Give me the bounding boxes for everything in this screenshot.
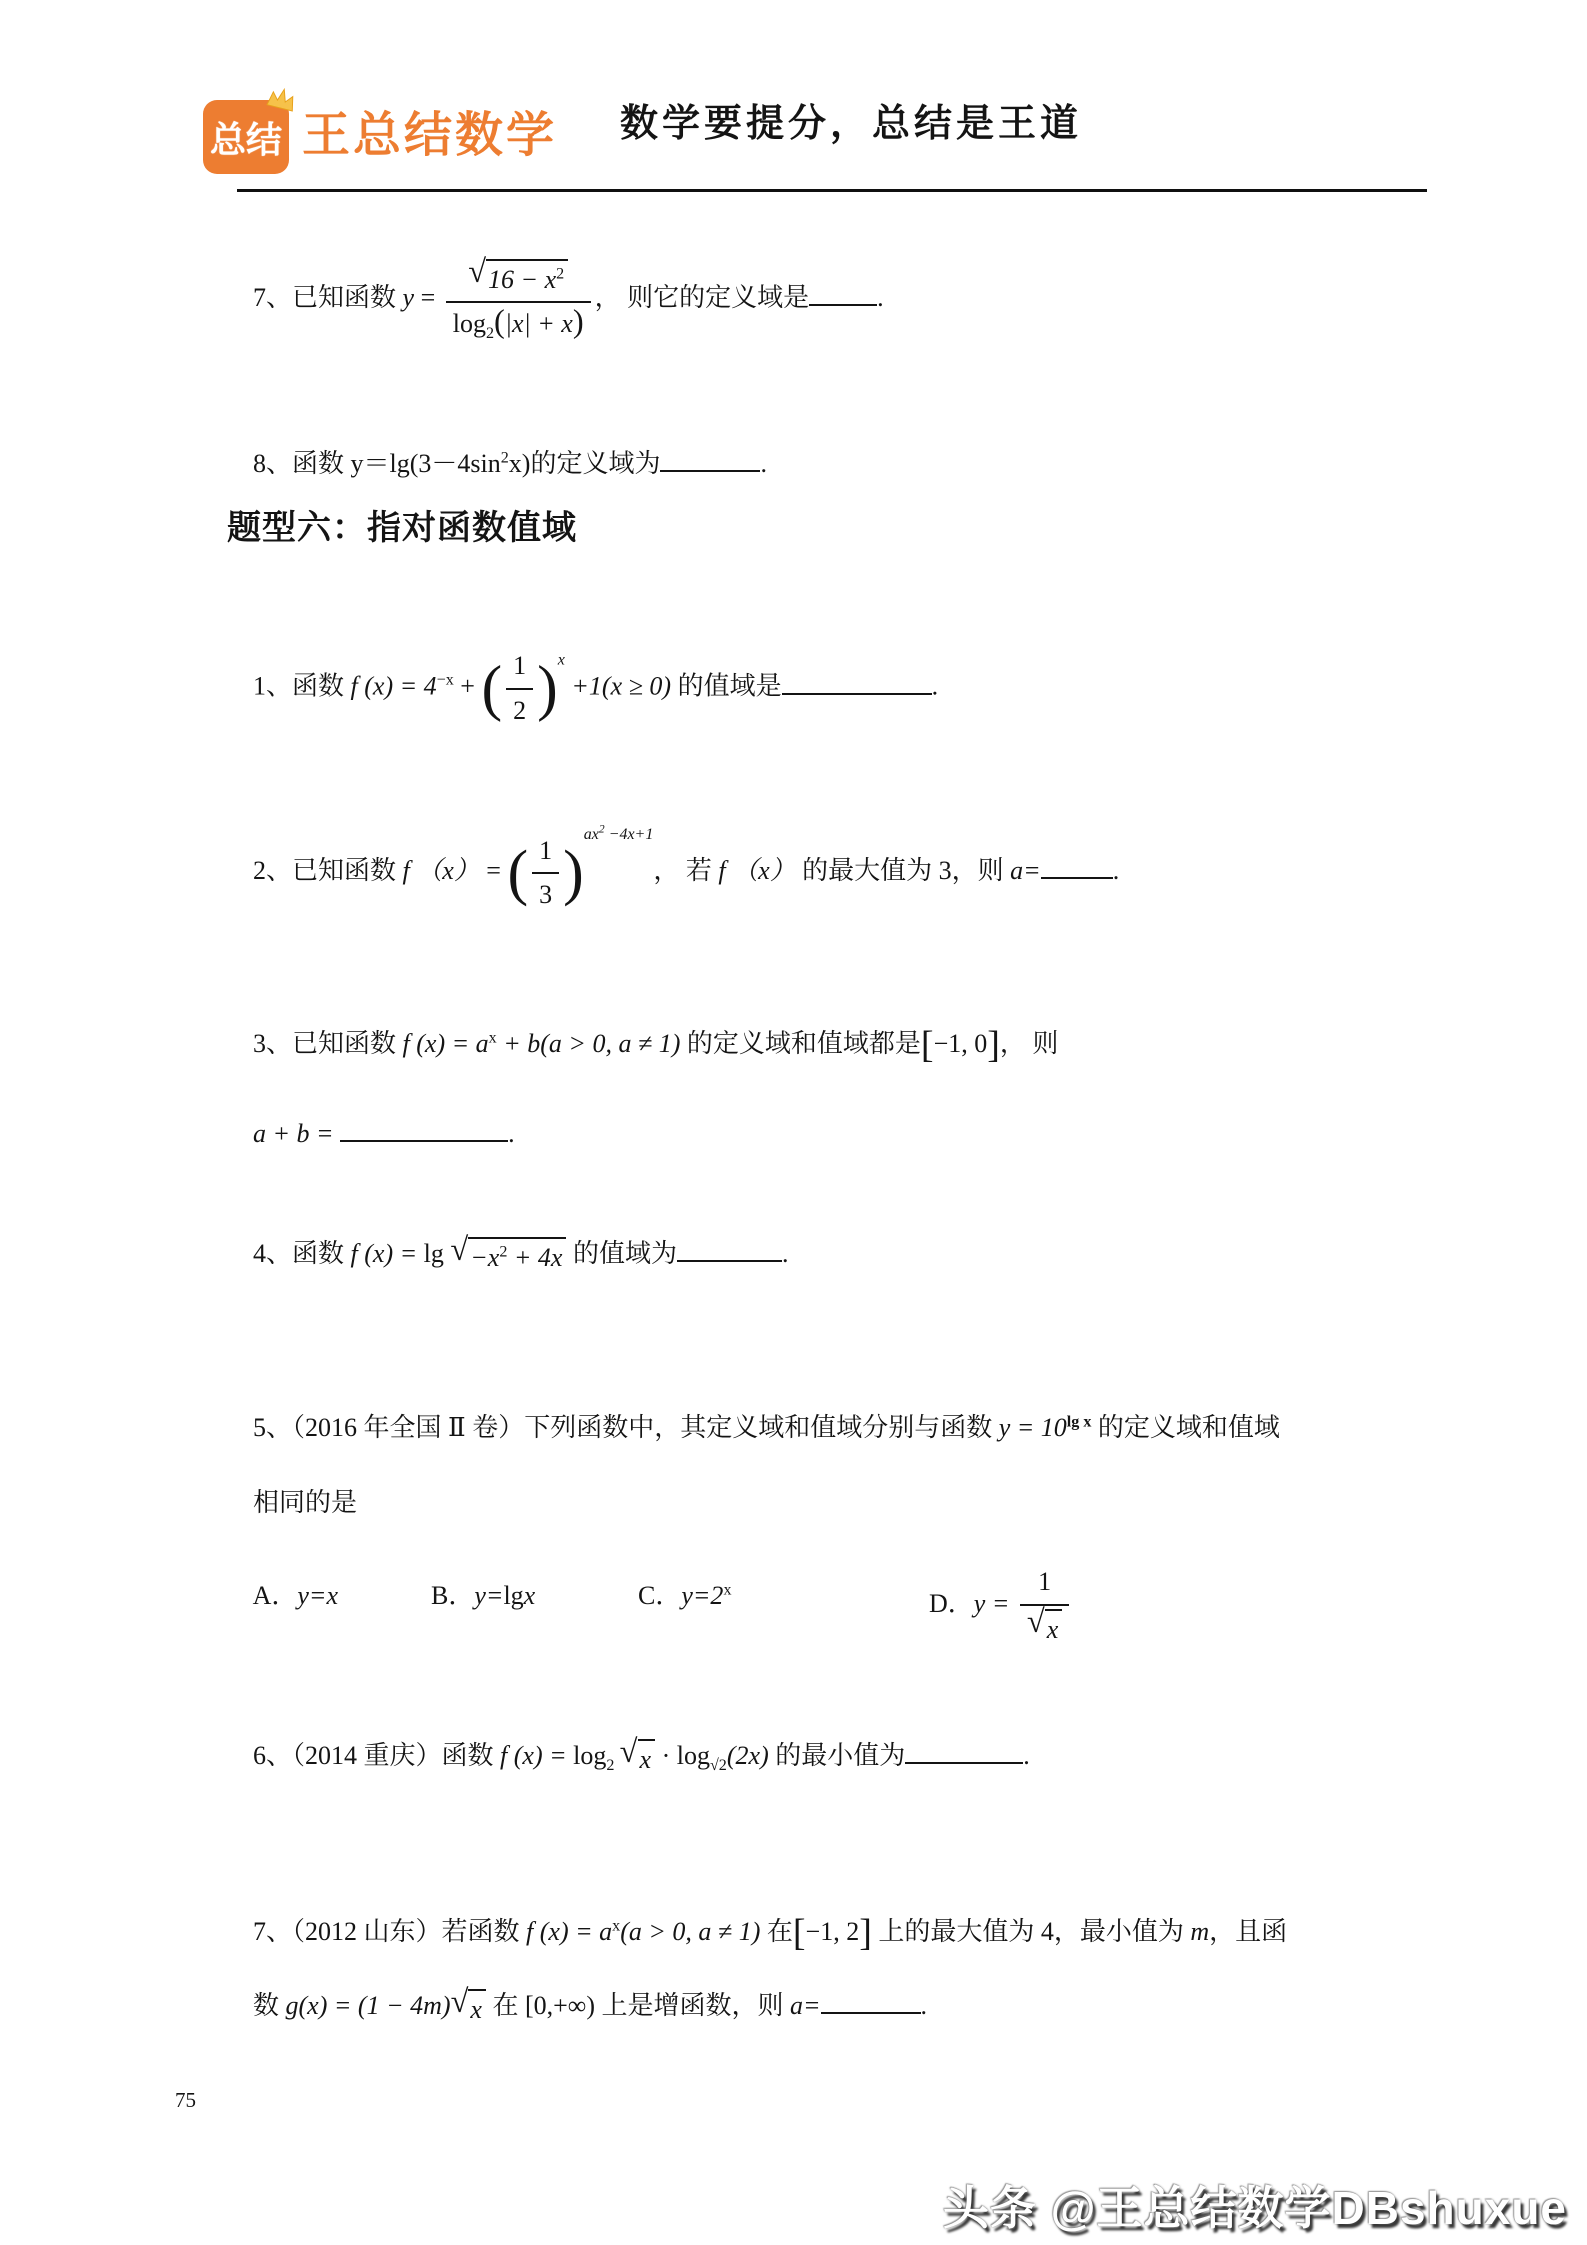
right-paren: ) bbox=[563, 839, 584, 907]
answer-blank bbox=[677, 1234, 782, 1262]
text-fragment: 在 bbox=[486, 1991, 525, 2020]
problem-label: 4、 bbox=[253, 1239, 292, 1268]
text-fragment: 的最大值为 3，则 bbox=[802, 856, 1010, 885]
text-fragment: 函数 bbox=[292, 672, 351, 701]
text-fragment: （2014 重庆）函数 bbox=[292, 1741, 500, 1770]
text-fragment: 函数 bbox=[292, 1239, 351, 1268]
math-fragment: [0,+∞) bbox=[525, 1991, 595, 2020]
sqrt-radical: √16 − x2 bbox=[468, 259, 568, 298]
fraction-numerator: 1 bbox=[506, 648, 533, 689]
text-fragment: ， 则 bbox=[1000, 1029, 1059, 1058]
math-fragment: f (x) = bbox=[351, 1239, 424, 1268]
problem-label: 5、 bbox=[253, 1413, 292, 1442]
math-fragment: y=2 bbox=[681, 1581, 723, 1610]
math-fragment: 16 − x bbox=[488, 265, 556, 294]
math-fragment: a + b = bbox=[253, 1119, 340, 1148]
text-fragment: 的值域是 bbox=[678, 672, 782, 701]
math-fragment: f (x) = a bbox=[403, 1029, 489, 1058]
math-fragment: lg bbox=[503, 1581, 523, 1610]
left-paren: ( bbox=[507, 839, 528, 907]
fraction-numerator: √16 − x2 bbox=[446, 258, 591, 303]
problem-label: 6、 bbox=[253, 1741, 292, 1770]
problem-label: 1、 bbox=[253, 672, 292, 701]
math-fragment: g(x) = (1 − 4m) bbox=[286, 1991, 451, 2020]
brand-name: 王总结数学 bbox=[302, 96, 557, 165]
math-fragment: log bbox=[453, 309, 486, 338]
problem-label: 7、 bbox=[253, 1917, 292, 1946]
subscript: 2 bbox=[486, 325, 494, 342]
exponent: 2 bbox=[556, 265, 564, 282]
math-fragment: f (x) = bbox=[500, 1741, 573, 1770]
page-number: 75 bbox=[175, 2088, 196, 2113]
problem-2-max-value: 2、已知函数 f （x） = (13)ax2 −4x+1， 若 f （x） 的最… bbox=[227, 788, 1119, 950]
math-fragment: −1, 2 bbox=[806, 1917, 860, 1946]
fraction-denominator: log2(|x| + x) bbox=[446, 303, 591, 342]
text-fragment: x)的定义域为 bbox=[509, 449, 661, 478]
fraction: √16 − x2log2(|x| + x) bbox=[446, 258, 591, 342]
problem-1-range: 1、函数 f (x) = 4−x + (12)x +1(x ≥ 0) 的值域是. bbox=[227, 612, 938, 766]
answer-blank bbox=[340, 1114, 508, 1142]
text-fragment: . bbox=[932, 672, 939, 701]
math-fragment: x bbox=[524, 1581, 536, 1610]
answer-blank bbox=[1041, 851, 1113, 879]
fraction: 12 bbox=[506, 648, 533, 729]
text-fragment: . bbox=[877, 283, 884, 312]
text-fragment: 8、函数 y＝lg(3－4sin bbox=[253, 449, 501, 478]
option-a: A．y=x bbox=[228, 1542, 338, 1651]
exponent: 2 bbox=[501, 450, 509, 467]
problem-3-line2: a + b = . bbox=[227, 1078, 515, 1189]
sqrt-body: 16 − x2 bbox=[486, 259, 568, 298]
math-fragment: +1(x ≥ 0) bbox=[565, 672, 678, 701]
option-label: D． bbox=[929, 1589, 974, 1618]
worksheet-page: 总结 王总结数学 数学要提分，总结是王道 7、已知函数 y = √16 − x2… bbox=[0, 0, 1587, 2245]
math-fragment: f (x) = 4 bbox=[351, 672, 437, 701]
fraction: 1√x bbox=[1020, 1564, 1069, 1648]
sqrt-sign: √ bbox=[620, 1736, 638, 1769]
answer-blank bbox=[905, 1736, 1023, 1764]
math-fragment: −4x+1 bbox=[605, 826, 654, 843]
math-fragment: y bbox=[403, 283, 415, 312]
exponent: x bbox=[723, 1582, 731, 1599]
fraction: 13 bbox=[532, 833, 559, 914]
math-fragment: |x| bbox=[505, 309, 531, 338]
sqrt-sign: √ bbox=[451, 1986, 469, 2019]
fraction-denominator: 3 bbox=[532, 874, 559, 913]
text-fragment: . bbox=[921, 1991, 928, 2020]
sqrt-body: −x2 + 4x bbox=[468, 1237, 566, 1276]
text-fragment: . bbox=[1023, 1741, 1030, 1770]
fraction-numerator: 1 bbox=[1020, 1564, 1069, 1605]
right-paren: ) bbox=[573, 304, 584, 340]
text-fragment: 上的最大值为 4，最小值为 bbox=[872, 1917, 1191, 1946]
math-fragment: = bbox=[414, 283, 442, 312]
math-fragment: a= bbox=[1010, 856, 1041, 885]
problem-7b-line2: 数 g(x) = (1 − 4m)√x 在 [0,+∞) 上是增函数，则 a=. bbox=[227, 1950, 927, 2065]
math-fragment: y= bbox=[474, 1581, 503, 1610]
math-fragment: + 4x bbox=[507, 1243, 562, 1272]
text-fragment: ， 则它的定义域是 bbox=[595, 283, 810, 312]
math-fragment: + x bbox=[531, 309, 573, 338]
problem-7-domain: 7、已知函数 y = √16 − x2log2(|x| + x)， 则它的定义域… bbox=[227, 222, 884, 379]
math-fragment: y = bbox=[974, 1589, 1016, 1618]
left-bracket: [ bbox=[921, 1024, 934, 1066]
math-fragment: log bbox=[677, 1741, 710, 1770]
answer-blank bbox=[821, 1986, 921, 2014]
problem-label: 3、 bbox=[253, 1029, 292, 1058]
math-fragment: (2x) bbox=[727, 1741, 775, 1770]
text-fragment: . bbox=[782, 1239, 789, 1268]
option-d: D．y = 1√x bbox=[903, 1528, 1073, 1685]
answer-blank bbox=[809, 278, 877, 306]
answer-blank bbox=[660, 444, 760, 472]
sqrt-body: x bbox=[468, 1989, 486, 2028]
sqrt-radical: √x bbox=[620, 1739, 655, 1778]
fraction-denominator: 2 bbox=[506, 690, 533, 729]
math-fragment: f （x） bbox=[396, 856, 486, 885]
exponent: x bbox=[558, 652, 565, 669]
math-fragment: + bbox=[454, 672, 482, 701]
brand-tagline: 数学要提分，总结是王道 bbox=[620, 92, 1082, 147]
text-fragment: 在 bbox=[760, 1917, 793, 1946]
math-fragment: = bbox=[486, 856, 507, 885]
right-bracket: ] bbox=[859, 1912, 872, 1954]
math-fragment: lg bbox=[424, 1239, 451, 1268]
text-fragment: 的定义域和值域都是 bbox=[687, 1029, 921, 1058]
left-bracket: [ bbox=[793, 1912, 806, 1954]
sqrt-body: x bbox=[1045, 1609, 1063, 1648]
fraction-denominator: √x bbox=[1020, 1606, 1069, 1649]
math-fragment: m bbox=[1190, 1917, 1209, 1946]
option-label: A． bbox=[253, 1581, 298, 1610]
math-fragment: + b(a > 0, a ≠ 1) bbox=[497, 1029, 687, 1058]
left-paren: ( bbox=[494, 304, 505, 340]
exponent: −x bbox=[437, 672, 454, 689]
math-fragment: y=x bbox=[297, 1581, 338, 1610]
text-fragment: （2012 山东）若函数 bbox=[292, 1917, 526, 1946]
exponent: lg x bbox=[1067, 1414, 1092, 1431]
math-fragment: f (x) = a bbox=[526, 1917, 612, 1946]
text-fragment: . bbox=[1113, 856, 1120, 885]
text-fragment: 的值域为 bbox=[566, 1239, 677, 1268]
watermark-text: 头条 @王总结数学DBshuxue bbox=[943, 2172, 1567, 2238]
text-fragment: 的定义域和值域 bbox=[1091, 1413, 1280, 1442]
subscript: √2 bbox=[710, 1758, 727, 1775]
text-fragment: ， 若 bbox=[653, 856, 712, 885]
math-fragment: y = 10 bbox=[999, 1413, 1067, 1442]
math-fragment: (a > 0, a ≠ 1) bbox=[620, 1917, 760, 1946]
text-fragment: 相同的是 bbox=[253, 1488, 357, 1517]
text-fragment: （2016 年全国 Ⅱ 卷）下列函数中，其定义域和值域分别与函数 bbox=[292, 1413, 999, 1442]
option-label: B． bbox=[431, 1581, 474, 1610]
sqrt-radical: √x bbox=[1027, 1609, 1062, 1648]
option-label: C． bbox=[638, 1581, 681, 1610]
right-paren: ) bbox=[537, 655, 558, 723]
fraction-numerator: 1 bbox=[532, 833, 559, 874]
math-fragment: log bbox=[573, 1741, 606, 1770]
text-fragment: 上是增函数，则 bbox=[595, 1991, 790, 2020]
option-c: C．y=2x bbox=[612, 1542, 732, 1651]
sqrt-sign: √ bbox=[1027, 1606, 1045, 1639]
problem-label: 2、 bbox=[253, 856, 292, 885]
sqrt-sign: √ bbox=[468, 256, 486, 289]
problem-5-line1: 5、（2016 年全国 Ⅱ 卷）下列函数中，其定义域和值域分别与函数 y = 1… bbox=[227, 1374, 1280, 1483]
text-fragment: . bbox=[760, 449, 767, 478]
text-fragment: ，且函 bbox=[1209, 1917, 1287, 1946]
problem-label: 7、 bbox=[253, 283, 292, 312]
math-fragment: −x bbox=[470, 1243, 499, 1272]
sqrt-body: x bbox=[638, 1739, 656, 1778]
text-fragment: 数 bbox=[253, 1991, 286, 2020]
section-title: 题型六：指对函数值域 bbox=[227, 500, 577, 549]
brand-badge: 总结 bbox=[203, 100, 289, 174]
answer-blank bbox=[782, 667, 932, 695]
option-b: B．y=lgx bbox=[405, 1542, 535, 1651]
math-fragment: −1, 0 bbox=[934, 1029, 988, 1058]
math-fragment: f （x） bbox=[712, 856, 802, 885]
exponent: x bbox=[612, 1918, 620, 1935]
text-fragment: 已知函数 bbox=[292, 856, 396, 885]
problem-6-min-value: 6、（2014 重庆）函数 f (x) = log2 √x · log√2(2x… bbox=[227, 1700, 1030, 1815]
math-fragment: a= bbox=[790, 1991, 821, 2020]
header-divider bbox=[237, 189, 1427, 192]
exponent: x bbox=[489, 1030, 497, 1047]
math-fragment: ax bbox=[584, 826, 599, 843]
text-fragment: 的最小值为 bbox=[775, 1741, 905, 1770]
sqrt-radical: √−x2 + 4x bbox=[450, 1237, 566, 1276]
sqrt-radical: √x bbox=[451, 1989, 486, 2028]
text-fragment: 已知函数 bbox=[292, 1029, 403, 1058]
left-paren: ( bbox=[481, 655, 502, 723]
math-fragment: · bbox=[655, 1741, 677, 1770]
text-fragment: . bbox=[508, 1119, 515, 1148]
sqrt-sign: √ bbox=[450, 1234, 468, 1267]
problem-4-range: 4、函数 f (x) = lg √−x2 + 4x 的值域为. bbox=[227, 1198, 789, 1313]
text-fragment: 已知函数 bbox=[292, 283, 403, 312]
exponent: ax2 −4x+1 bbox=[584, 826, 654, 843]
right-bracket: ] bbox=[987, 1024, 1000, 1066]
brand-badge-text: 总结 bbox=[210, 112, 282, 163]
